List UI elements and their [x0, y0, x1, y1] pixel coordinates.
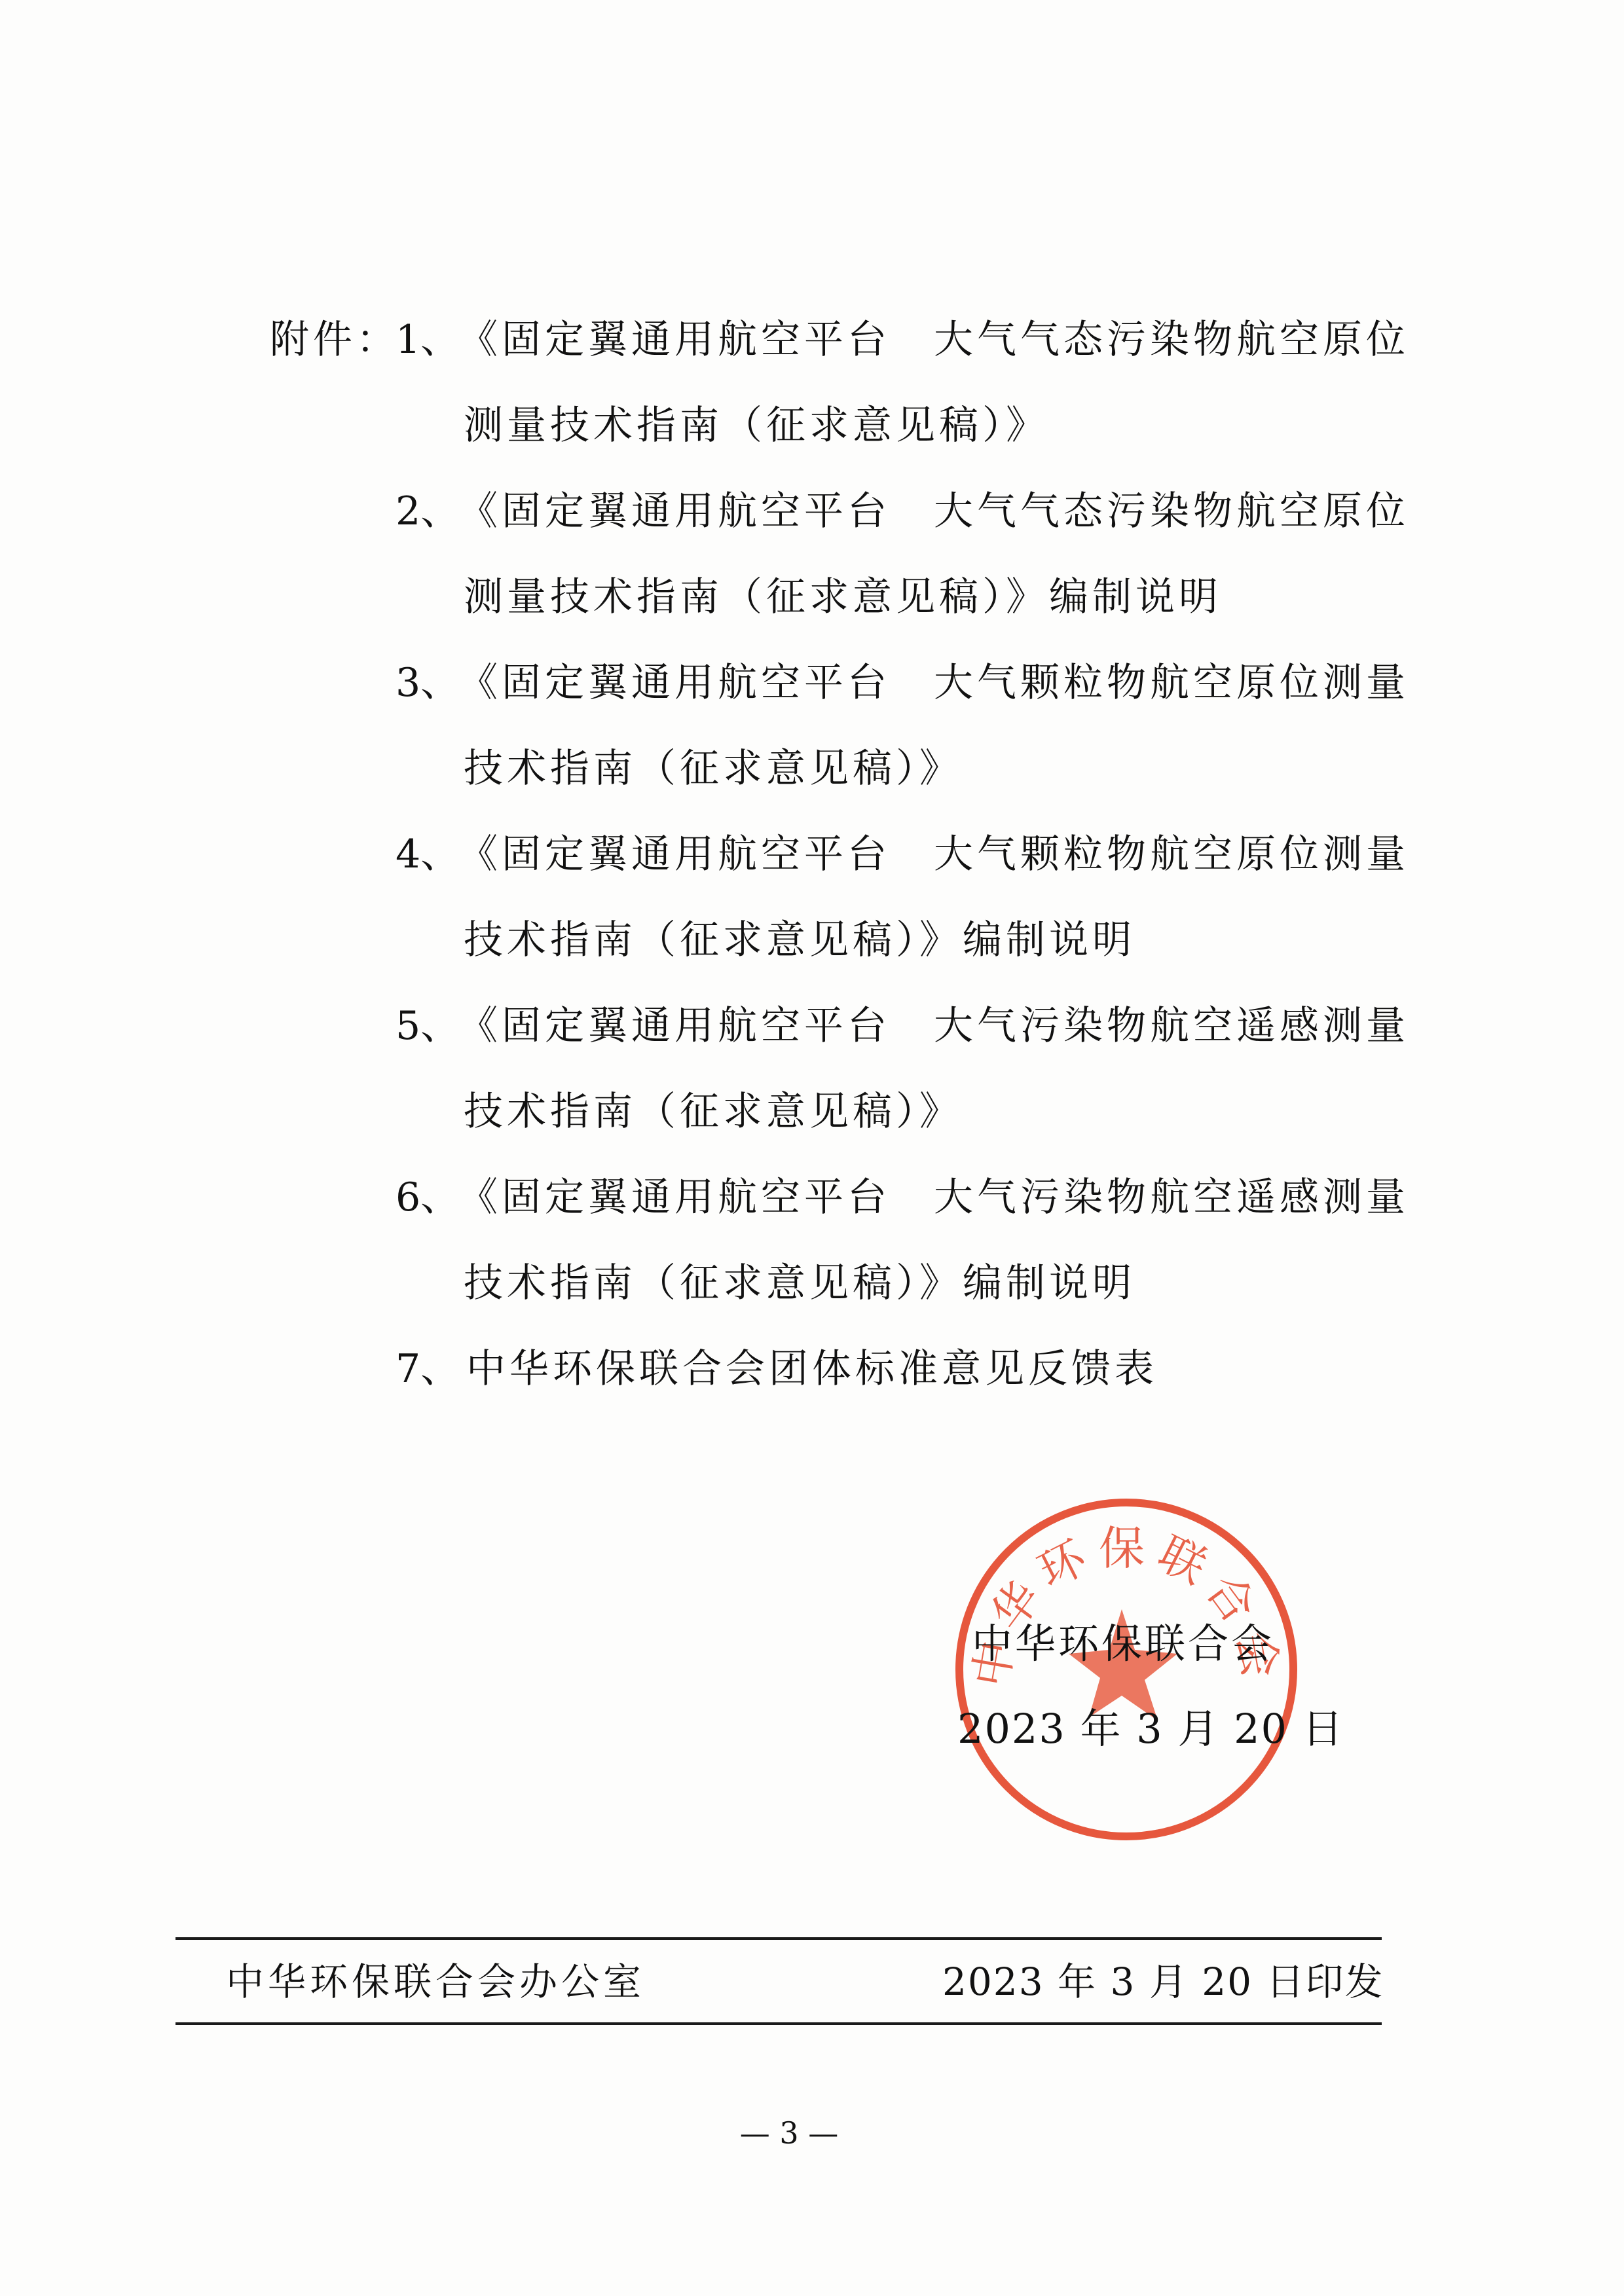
- official-seal-icon: 中华环保联合会: [955, 1498, 1298, 1841]
- attachment-6-number: 6、: [396, 1176, 460, 1219]
- attachment-5-title: 《固定翼通用航空平台 大气污染物航空遥感测量: [458, 1004, 1409, 1048]
- footer-issuer: 中华环保联合会办公室: [226, 1960, 645, 2003]
- footer-bottom-rule: [175, 2022, 1382, 2025]
- attachment-2-title-cont: 测量技术指南（征求意见稿）》编制说明: [464, 575, 1222, 619]
- attachment-7-number: 7、: [396, 1347, 460, 1391]
- attachment-5-title-cont: 技术指南（征求意见稿）》: [464, 1090, 963, 1133]
- attachment-1-title: 《固定翼通用航空平台 大气气态污染物航空原位: [458, 318, 1409, 361]
- attachment-4-title: 《固定翼通用航空平台 大气颗粒物航空原位测量: [458, 833, 1409, 876]
- attachments-label: 附件：: [270, 318, 399, 361]
- attachment-2-title: 《固定翼通用航空平台 大气气态污染物航空原位: [458, 490, 1409, 533]
- footer-top-rule: [175, 1937, 1382, 1940]
- attachment-1-number: 1、: [396, 318, 460, 361]
- attachment-6-title-cont: 技术指南（征求意见稿）》编制说明: [464, 1262, 1135, 1305]
- footer-issue-date: 2023 年 3 月 20 日印发: [942, 1960, 1384, 2003]
- attachment-3-title-cont: 技术指南（征求意见稿）》: [464, 747, 963, 790]
- signature-organization: 中华环保联合会: [972, 1622, 1274, 1666]
- signature-date: 2023 年 3 月 20 日: [957, 1707, 1344, 1751]
- attachment-7-title: 中华环保联合会团体标准意见反馈表: [466, 1347, 1158, 1391]
- attachment-3-number: 3、: [396, 661, 460, 704]
- attachment-1-title-cont: 测量技术指南（征求意见稿）》: [464, 404, 1049, 447]
- attachment-6-title: 《固定翼通用航空平台 大气污染物航空遥感测量: [458, 1176, 1409, 1219]
- attachment-5-number: 5、: [396, 1004, 460, 1048]
- page-number: — 3 —: [733, 2116, 845, 2150]
- attachment-4-number: 4、: [396, 833, 460, 876]
- attachment-4-title-cont: 技术指南（征求意见稿）》编制说明: [464, 919, 1135, 962]
- attachment-2-number: 2、: [396, 490, 460, 533]
- attachment-3-title: 《固定翼通用航空平台 大气颗粒物航空原位测量: [458, 661, 1409, 704]
